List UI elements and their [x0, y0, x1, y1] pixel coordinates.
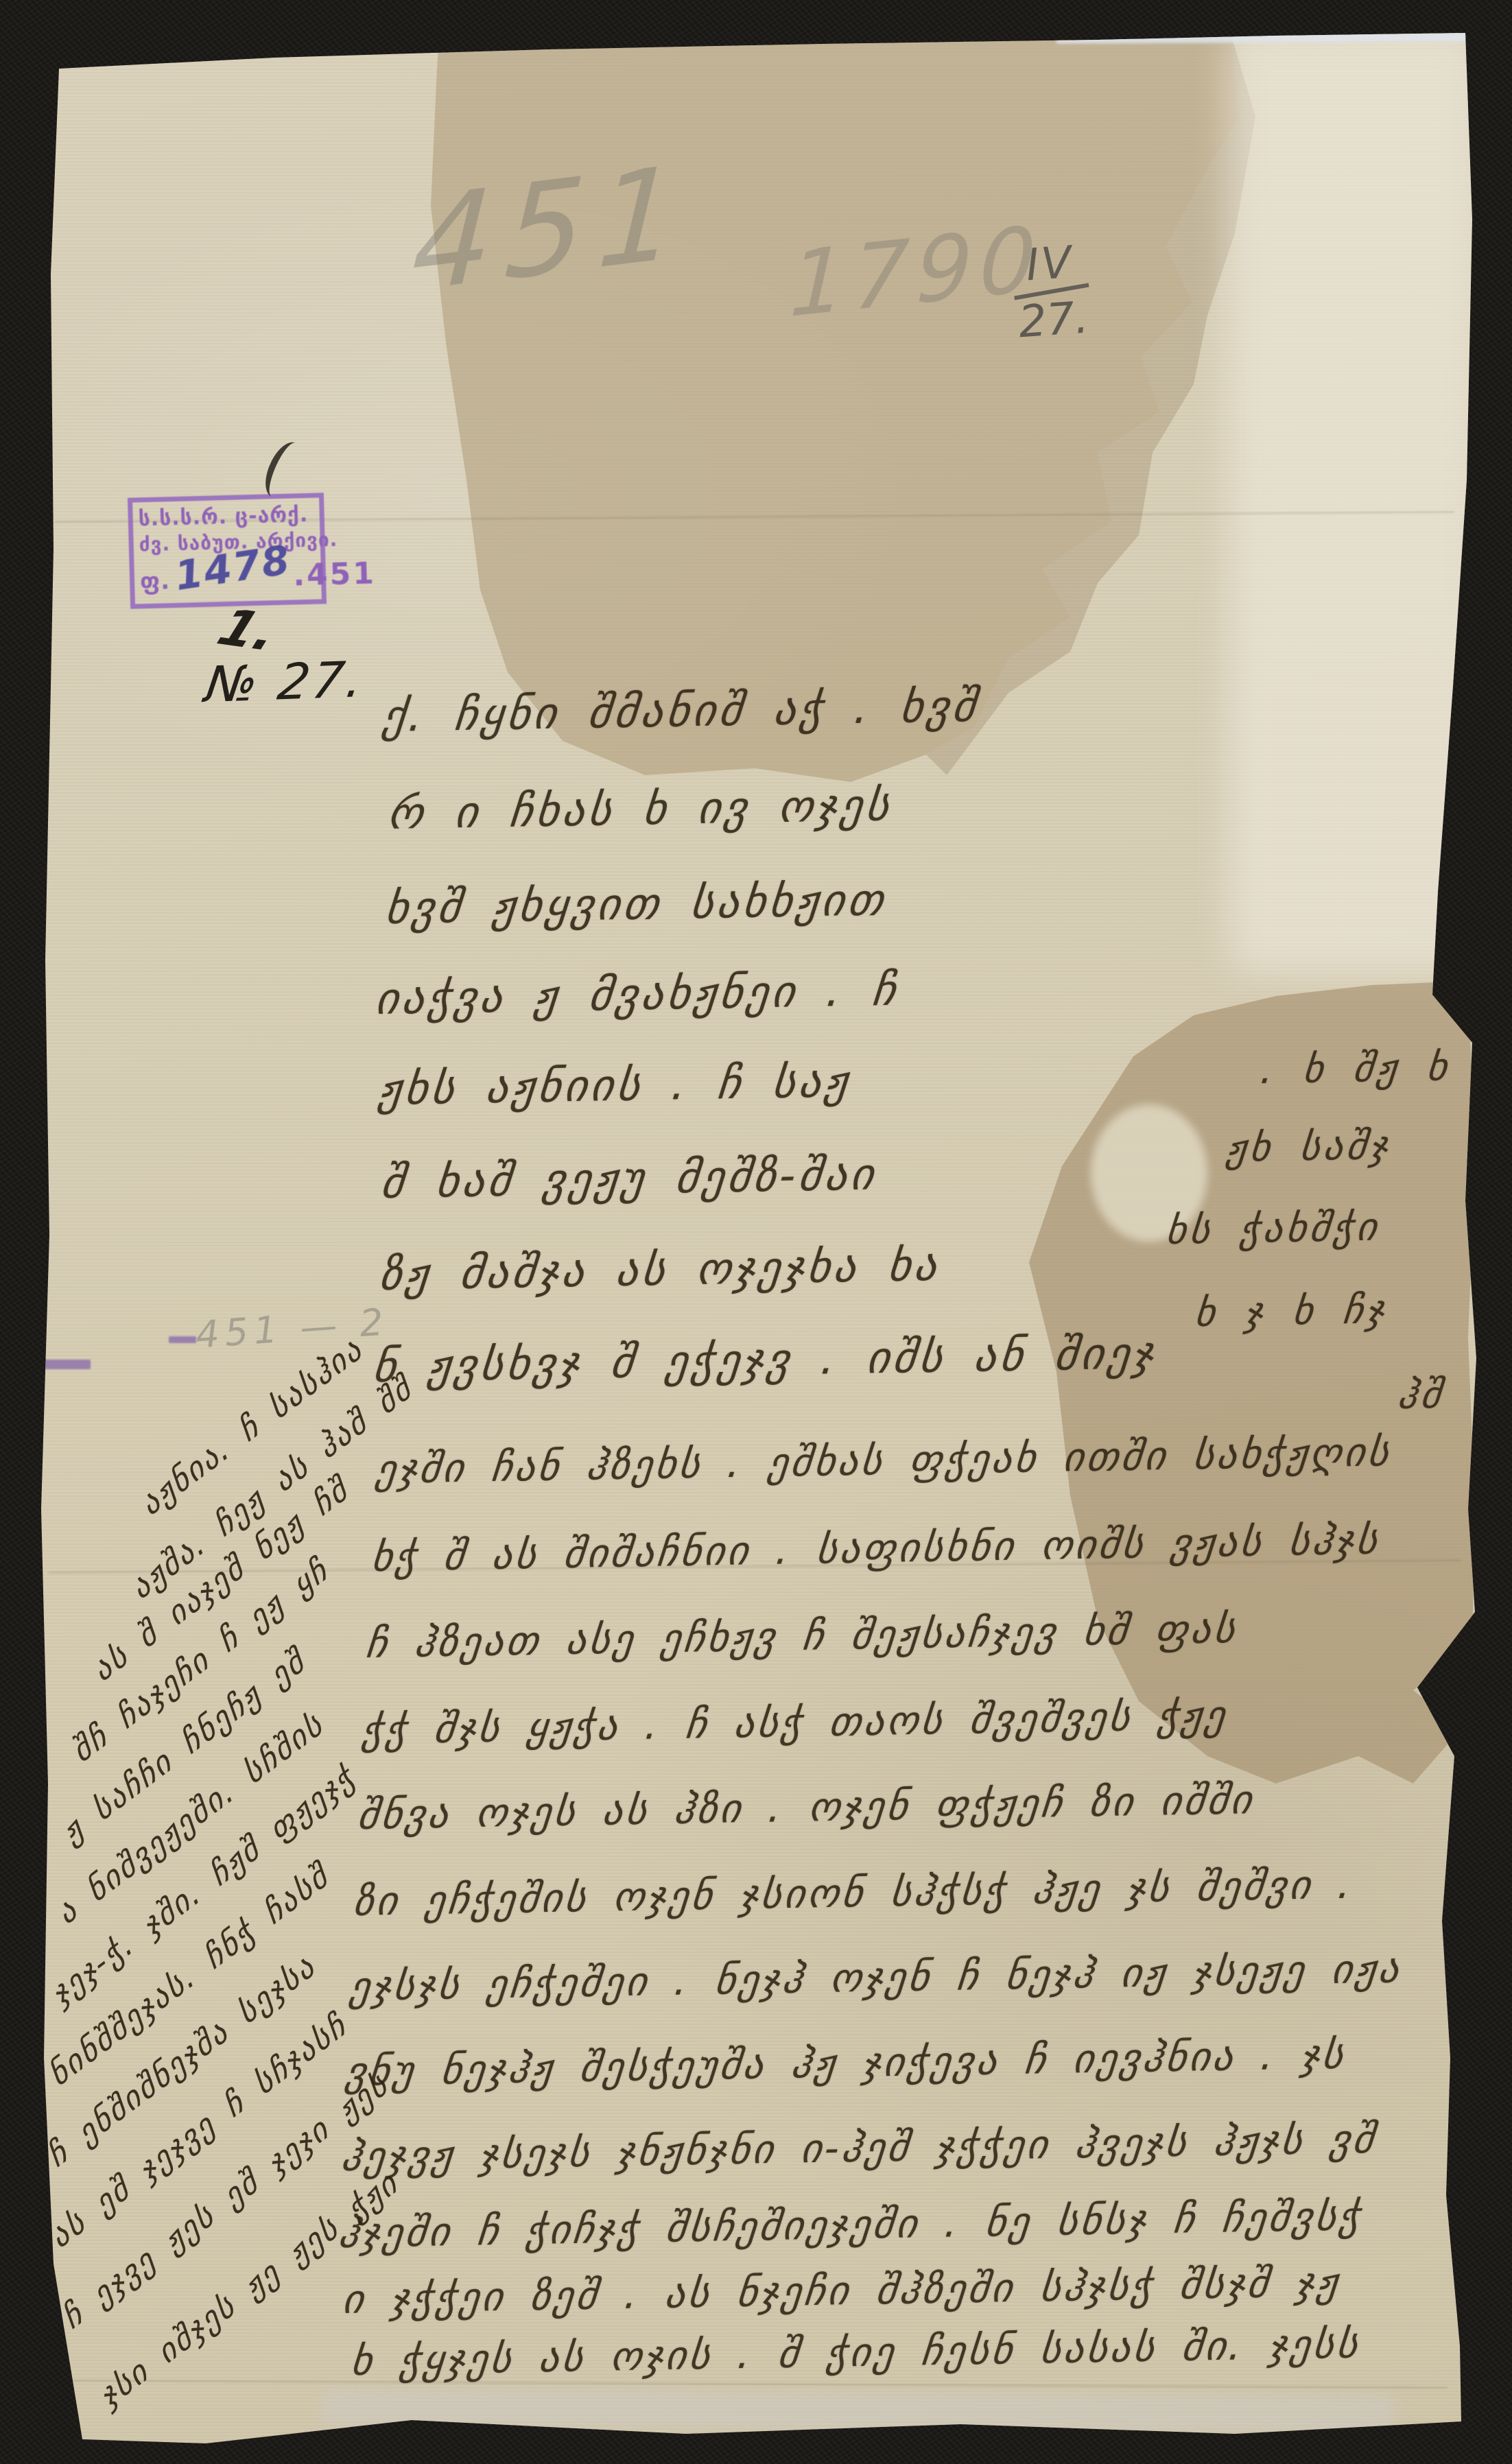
letter-opening-line: ზჟ მაშჯა ას ოჯეჯხა ხა [377, 1240, 943, 1301]
letter-body-line: ჰჯეში ჩ ჭიჩჯჭ შსჩეშიეჯეში . ნე სნსჯ ჩ ჩე… [336, 2192, 1365, 2257]
paper-sheet: 451 1790 IV 27. 451 — 2 ს.ს.ს.რ. ც-არქ. … [0, 0, 1512, 2464]
stamped-item-number: .451 [293, 554, 377, 594]
right-fragment-line: . ხ შჟ ხ [1259, 1045, 1453, 1093]
fraction-numerator: IV [1011, 239, 1089, 289]
letter-body-line: ხ ჭყჯეს ას ოჯის . შ ჭიე ჩესნ სასას ში. ჯ… [349, 2320, 1362, 2384]
letter-body-line: ი ჯჭჭეი ზეშ . ას ნჯეჩი შჰზეში სჰჯსჭ შსჯშ… [340, 2259, 1343, 2323]
letter-opening-line: ნ ჟვსხვჯ შ ეჭეჯვ . იშს ან შიეჯ [370, 1328, 1159, 1393]
letter-body-line: ჩ ჰზეათ ასე ეჩხჟვ ჩ შეჟსაჩჯევ ხშ ფას [364, 1605, 1240, 1667]
letter-opening-line: შ ხაშ ვეჟუ მეშზ-შაი [379, 1149, 879, 1209]
stamp-fond-prefix: ფ. [140, 567, 171, 597]
letter-body-line: ეჯსჯს ეჩჭეშეი . ნეჯჰ ოჯენ ჩ ნეჯჰ იჟ ჯსეჟ… [347, 1945, 1404, 2010]
right-fragment-line: ხ ჯ ხ ჩჯ [1193, 1288, 1390, 1336]
stamp-line-1: ს.ს.ს.რ. ც-არქ. [138, 502, 314, 532]
scanned-archival-letter: { "pencil_marks": { "large_number": "451… [0, 0, 1512, 2464]
right-fragment-line: ხს ჭახშჭი [1164, 1205, 1383, 1253]
letter-body-line: ვნუ ნეჯჰჟ შესჭეუშა ჰჟ ჯიჭევა ჩ იევჰნია .… [343, 2031, 1348, 2095]
letter-opening-line: ჟხს აჟნიის . ჩ საჟ [376, 1056, 853, 1115]
archive-stamp: ს.ს.ს.რ. ც-არქ. ძვ. საბუთ. არქივი. ფ. 14… [128, 493, 327, 608]
letter-body-line: ზი ეჩჭეშის ოჯენ ჯსიონ სჰჭსჭ ჰჟე ჯს შეშვი… [351, 1861, 1356, 1925]
stamp-line-3: ფ. 1478 .451 [139, 556, 316, 598]
letter-opening-line: იაჭვა ჟ მვახჟნეი . ჩ [373, 965, 901, 1025]
letter-body-line: ჰეჯვჟ ჯსეჯს ჯნჟნჯნი ი-ჰეშ ჯჭჭეი ჰვეჯს ჰჟ… [339, 2116, 1379, 2180]
violet-ink-speck [40, 1360, 91, 1369]
fold-crease [62, 2380, 1448, 2389]
letter-body-line: შნვა ოჯეს ას ჰზი . ოჯენ ფჭჟეჩ ზი იშში [355, 1776, 1257, 1838]
ink-document-number: № 27. [202, 650, 369, 714]
letter-opening-line: ქ. ჩყნი შმანიშ აჭ . ხვშ [380, 681, 982, 742]
violet-ink-speck [169, 1336, 196, 1343]
right-fragment-line: ჟხ საშჯ [1225, 1124, 1393, 1171]
letter-opening-line: ხვშ ჟხყვით სახხჟით [383, 875, 889, 934]
fraction-denominator: 27. [1014, 294, 1093, 347]
handwritten-fond-number: 1478 [174, 545, 292, 590]
letter-opening-line: რ ი ჩხას ხ ივ ოჯეს [386, 780, 895, 840]
letter-body-line: ჭჭ შჯს ყჟჭა . ჩ ასჭ თაოს შვეშვეს ჭჟე [359, 1692, 1230, 1753]
pencil-date-fraction: IV 27. [1011, 239, 1093, 346]
right-fragment-line: ჰშ [1396, 1373, 1447, 1418]
